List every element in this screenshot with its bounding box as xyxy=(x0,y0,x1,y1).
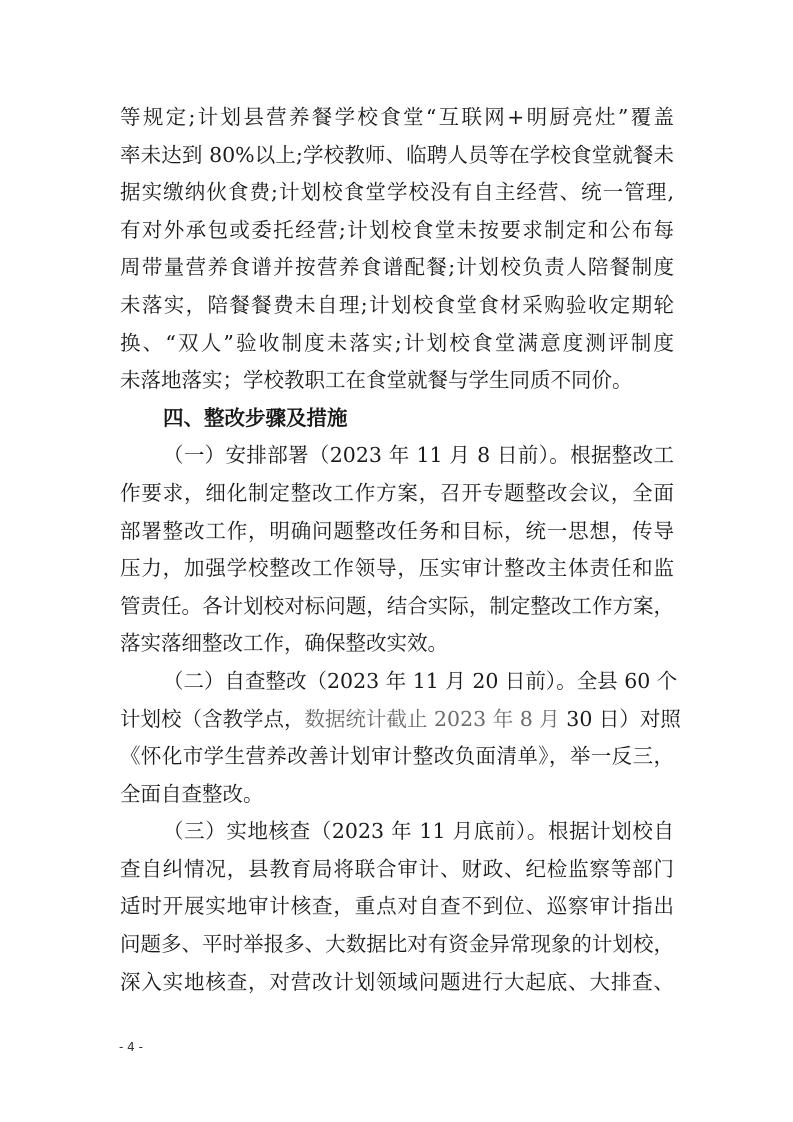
text-line: 适时开展实地审计核查，重点对自查不到位、巡察审计指出 xyxy=(120,888,674,926)
text-line: 有对外承包或委托经营;计划校食堂未按要求制定和公布每 xyxy=(120,212,674,250)
text-line: 等规定;计划县营养餐学校食堂“互联网+明厨亮灶”覆盖 xyxy=(120,99,674,137)
body-text: 等规定;计划县营养餐学校食堂“互联网+明厨亮灶”覆盖 率未达到 80%以上;学校… xyxy=(120,99,674,1001)
text-line: 率未达到 80%以上;学校教师、临聘人员等在学校食堂就餐未 xyxy=(120,137,674,175)
text-line: 全面自查整改。 xyxy=(120,776,674,814)
step2-title: （二）自查整改（2023 年 11 月 20 日前）。 xyxy=(163,669,577,693)
step2-text-b: 30 日）对照 xyxy=(560,707,681,731)
step2-text-a: 计划校（含教学点， xyxy=(120,707,305,731)
text-line: 《怀化市学生营养改善计划审计整改负面清单》，举一反三， xyxy=(120,738,674,776)
step2-gray-text: 数据统计截止 2023 年 8 月 xyxy=(305,707,560,731)
text-line: 未落地落实；学校教职工在食堂就餐与学生同质不同价。 xyxy=(120,362,674,400)
step3-title: （三）实地核查（2023 年 11 月底前）。 xyxy=(163,819,548,843)
text-line: 问题多、平时举报多、大数据比对有资金异常现象的计划校， xyxy=(120,926,674,964)
text-line: 压力，加强学校整改工作领导，压实审计整改主体责任和监 xyxy=(120,550,674,588)
page-number: - 4 - xyxy=(119,1040,143,1054)
step2-text: 全县 60 个 xyxy=(577,669,678,693)
text-line: 作要求，细化制定整改工作方案，召开专题整改会议，全面 xyxy=(120,475,674,513)
step3-first-line: （三）实地核查（2023 年 11 月底前）。根据计划校自 xyxy=(120,813,674,851)
document-page: 等规定;计划县营养餐学校食堂“互联网+明厨亮灶”覆盖 率未达到 80%以上;学校… xyxy=(0,0,793,1122)
step2-line-2: 计划校（含教学点，数据统计截止 2023 年 8 月 30 日）对照 xyxy=(120,701,674,739)
step1-first-line: （一）安排部署（2023 年 11 月 8 日前）。根据整改工 xyxy=(120,437,674,475)
step3-text: 根据计划校自 xyxy=(548,819,674,843)
text-line: 落实落细整改工作，确保整改实效。 xyxy=(120,625,674,663)
step1-title: （一）安排部署（2023 年 11 月 8 日前）。 xyxy=(163,443,570,467)
step2-first-line: （二）自查整改（2023 年 11 月 20 日前）。全县 60 个 xyxy=(120,663,674,701)
text-line: 周带量营养食谱并按营养食谱配餐;计划校负责人陪餐制度 xyxy=(120,249,674,287)
text-line: 换、“双人”验收制度未落实;计划校食堂满意度测评制度 xyxy=(120,325,674,363)
text-line: 深入实地核查，对营改计划领域问题进行大起底、大排查、 xyxy=(120,964,674,1002)
step1-text: 根据整改工 xyxy=(570,443,674,467)
text-line: 部署整改工作，明确问题整改任务和目标，统一思想，传导 xyxy=(120,513,674,551)
text-line: 查自纠情况，县教育局将联合审计、财政、纪检监察等部门 xyxy=(120,851,674,889)
text-line: 据实缴纳伙食费;计划校食堂学校没有自主经营、统一管理, xyxy=(120,174,674,212)
section-heading: 四、整改步骤及措施 xyxy=(120,400,674,438)
text-line: 未落实，陪餐餐费未自理;计划校食堂食材采购验收定期轮 xyxy=(120,287,674,325)
text-line: 管责任。各计划校对标问题，结合实际，制定整改工作方案， xyxy=(120,588,674,626)
